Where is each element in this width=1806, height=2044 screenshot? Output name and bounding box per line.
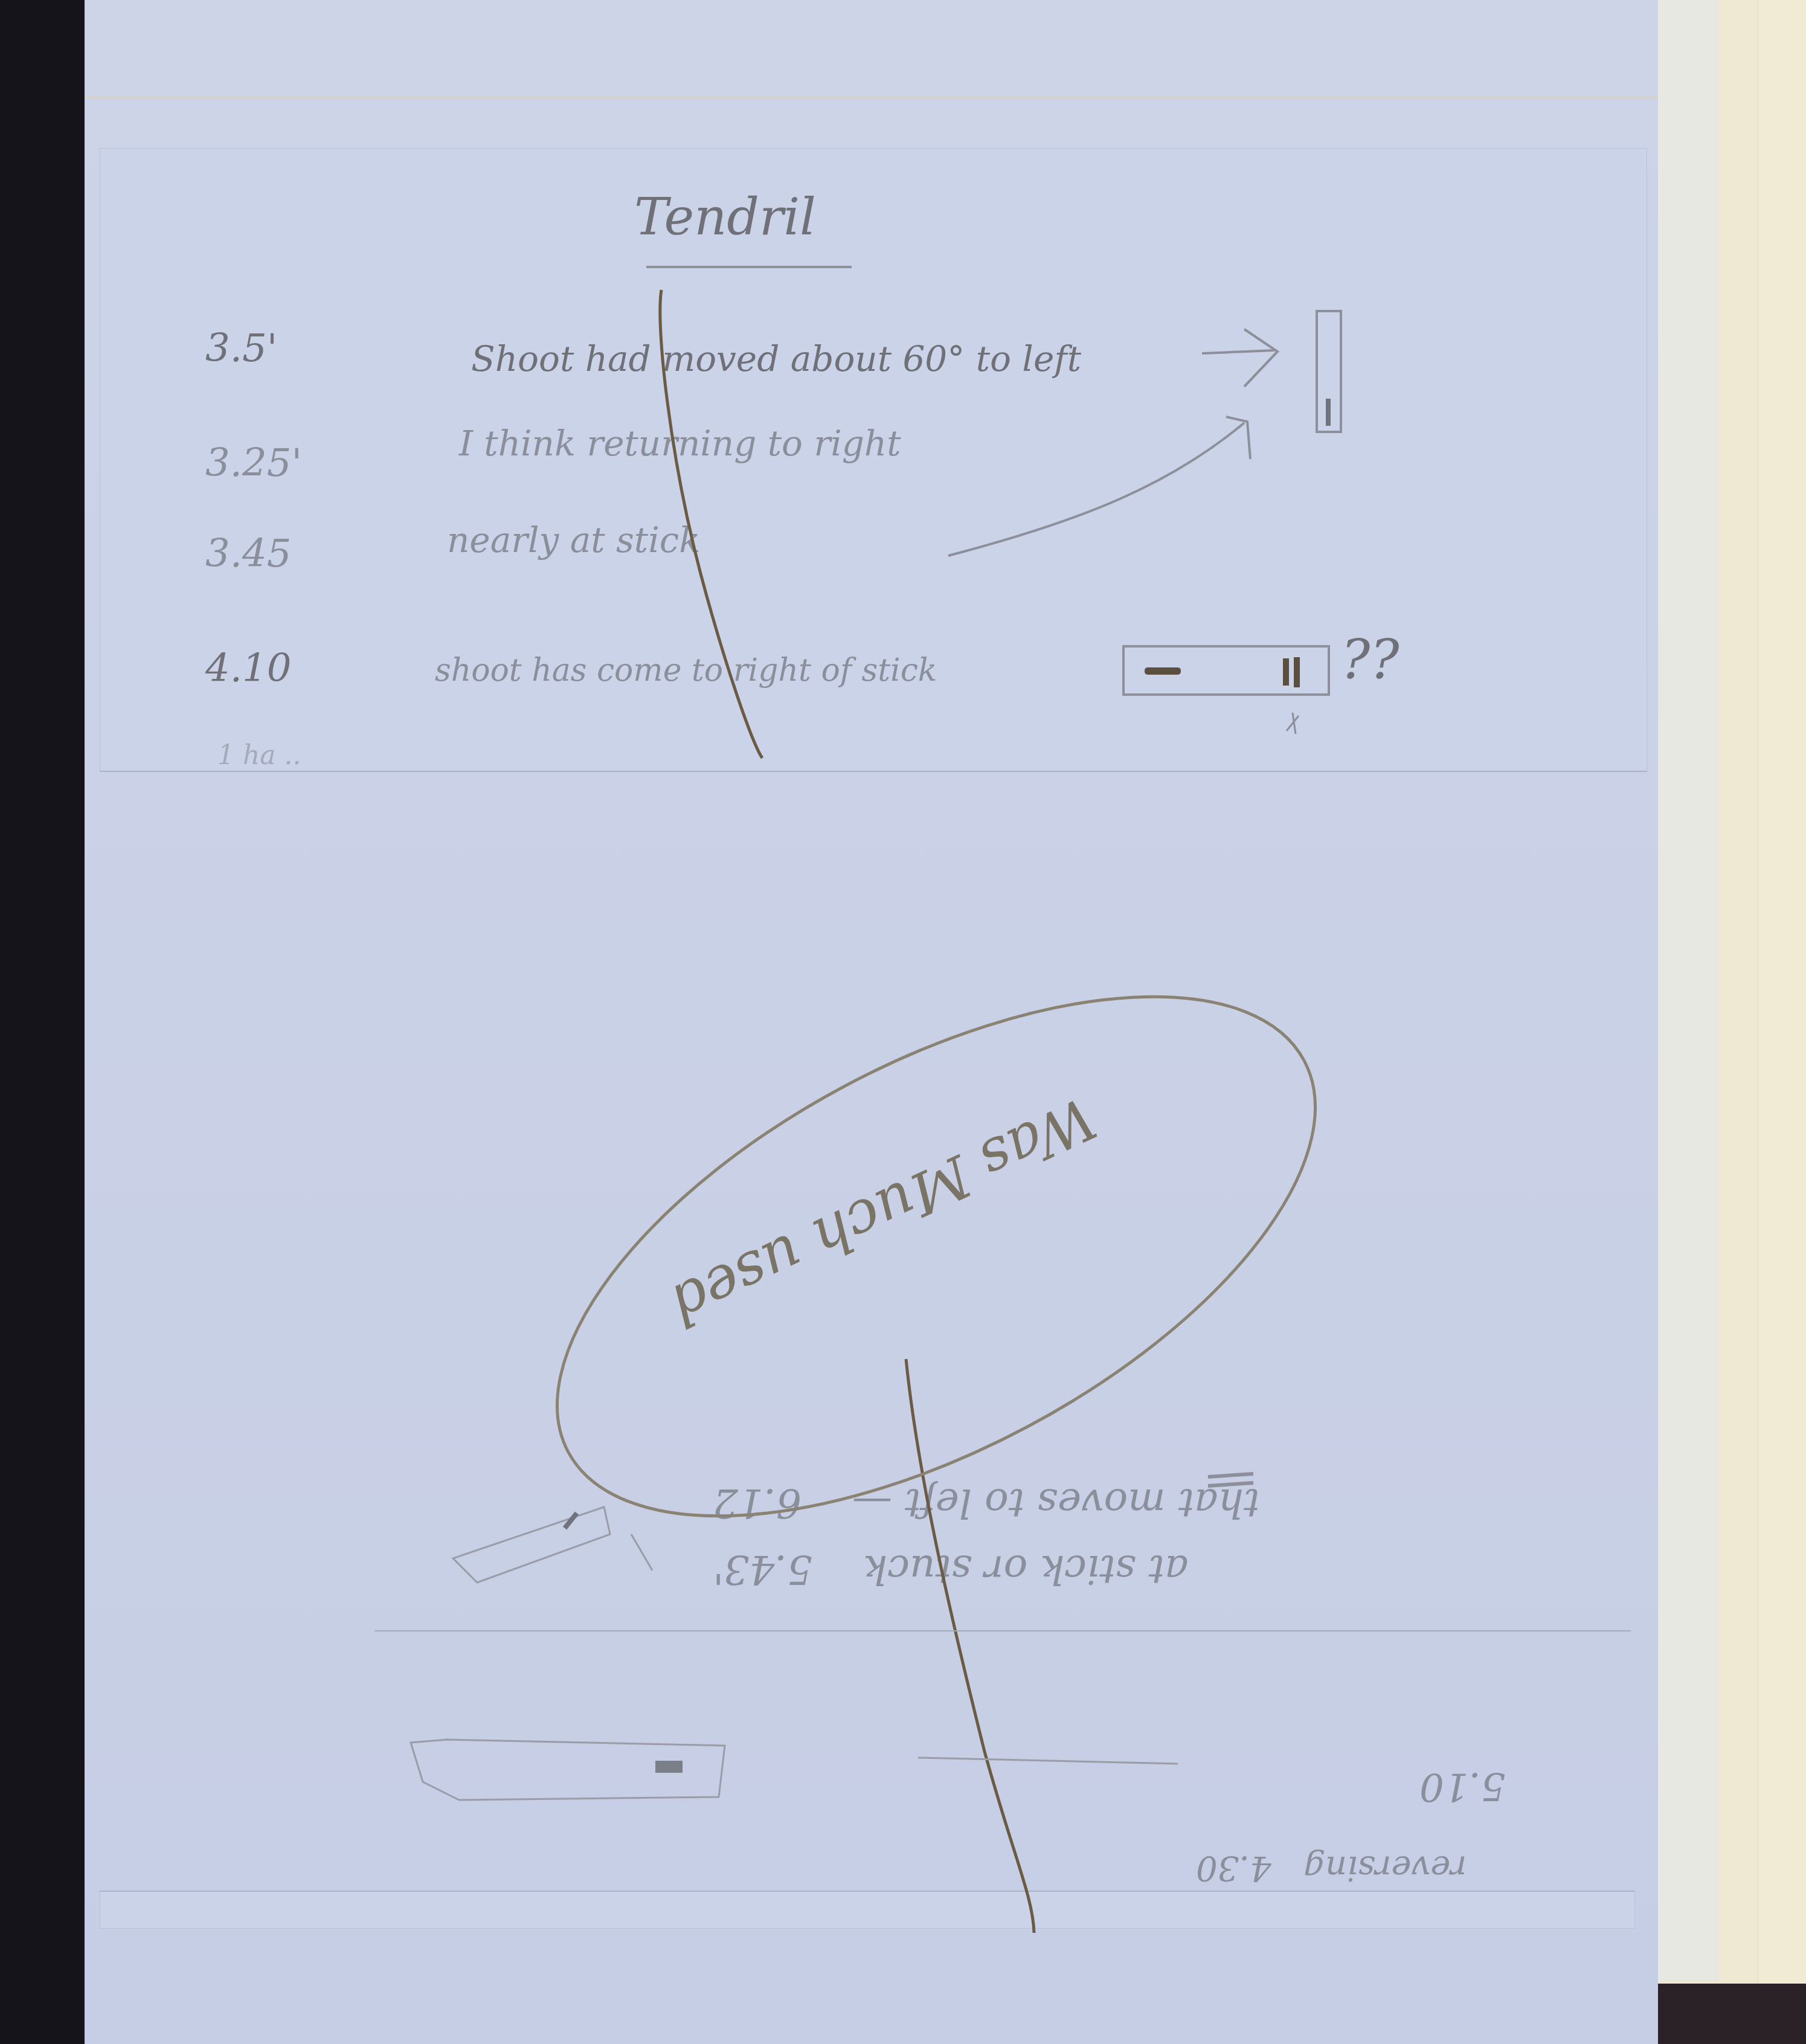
arrow-right-icon <box>1202 329 1277 387</box>
oval-outline-icon <box>478 890 1395 1623</box>
ink-guide-line-icon <box>660 290 762 758</box>
ink-guide-line-icon <box>906 1359 1034 1933</box>
curved-arrow-icon <box>948 417 1250 556</box>
cross-mark-icon <box>1287 713 1299 734</box>
sketch-overlay <box>0 0 1806 2044</box>
stick-sketch-tilted-icon <box>453 1507 610 1583</box>
